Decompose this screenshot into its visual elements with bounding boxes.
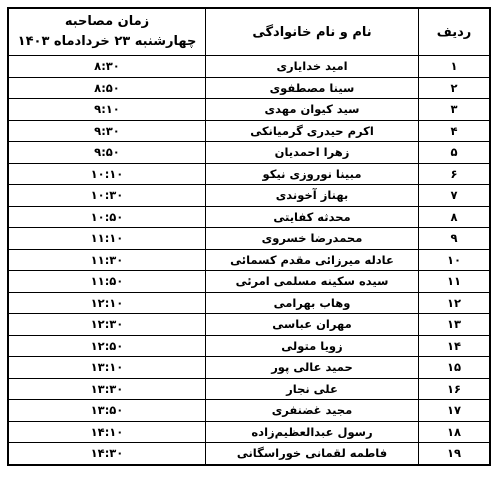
table-row: ۸محدثه کفایتی۱۰:۵۰ — [8, 206, 490, 228]
row-number-cell: ۲ — [419, 77, 491, 99]
name-cell: محدثه کفایتی — [206, 206, 419, 228]
name-cell: وهاب بهرامی — [206, 292, 419, 314]
row-number-cell: ۱۹ — [419, 443, 491, 465]
interview-schedule-table: ردیف نام و نام خانوادگی زمان مصاحبه چهار… — [7, 7, 491, 466]
row-number-cell: ۴ — [419, 120, 491, 142]
header-time-title: زمان مصاحبه — [11, 12, 203, 32]
table-header: ردیف نام و نام خانوادگی زمان مصاحبه چهار… — [8, 8, 490, 56]
table-row: ۳سید کیوان مهدی۹:۱۰ — [8, 99, 490, 121]
document-page: ردیف نام و نام خانوادگی زمان مصاحبه چهار… — [0, 0, 491, 491]
name-cell: عادله میرزائی مقدم کسمائی — [206, 249, 419, 271]
time-cell: ۹:۱۰ — [8, 99, 206, 121]
table-row: ۱۵حمید عالی پور۱۳:۱۰ — [8, 357, 490, 379]
row-number-cell: ۹ — [419, 228, 491, 250]
table-row: ۱امید خدایاری۸:۳۰ — [8, 56, 490, 78]
name-cell: اکرم حیدری گرمیانکی — [206, 120, 419, 142]
table-row: ۱۱سیده سکینه مسلمی امرئی۱۱:۵۰ — [8, 271, 490, 293]
header-row: ردیف نام و نام خانوادگی زمان مصاحبه چهار… — [8, 8, 490, 56]
row-number-cell: ۱ — [419, 56, 491, 78]
row-number-cell: ۱۸ — [419, 421, 491, 443]
table-body: ۱امید خدایاری۸:۳۰۲سینا مصطفوی۸:۵۰۳سید کی… — [8, 56, 490, 465]
time-cell: ۸:۳۰ — [8, 56, 206, 78]
table-row: ۷بهناز آخوندی۱۰:۳۰ — [8, 185, 490, 207]
table-row: ۵زهرا احمدیان۹:۵۰ — [8, 142, 490, 164]
table-row: ۲سینا مصطفوی۸:۵۰ — [8, 77, 490, 99]
time-cell: ۱۰:۳۰ — [8, 185, 206, 207]
row-number-cell: ۱۵ — [419, 357, 491, 379]
name-cell: مهران عباسی — [206, 314, 419, 336]
table-row: ۱۴زویا متولی۱۲:۵۰ — [8, 335, 490, 357]
time-cell: ۱۱:۳۰ — [8, 249, 206, 271]
time-cell: ۱۲:۱۰ — [8, 292, 206, 314]
table-row: ۱۹فاطمه لقمانی خوراسگانی۱۴:۳۰ — [8, 443, 490, 465]
name-cell: امید خدایاری — [206, 56, 419, 78]
name-cell: مبینا نوروزی نیکو — [206, 163, 419, 185]
row-number-cell: ۱۲ — [419, 292, 491, 314]
name-cell: حمید عالی پور — [206, 357, 419, 379]
table-row: ۱۷مجید غضنفری۱۳:۵۰ — [8, 400, 490, 422]
time-cell: ۹:۳۰ — [8, 120, 206, 142]
row-number-cell: ۱۱ — [419, 271, 491, 293]
name-cell: سیده سکینه مسلمی امرئی — [206, 271, 419, 293]
time-cell: ۱۳:۳۰ — [8, 378, 206, 400]
row-number-cell: ۸ — [419, 206, 491, 228]
name-cell: زهرا احمدیان — [206, 142, 419, 164]
time-cell: ۱۲:۳۰ — [8, 314, 206, 336]
row-number-cell: ۷ — [419, 185, 491, 207]
table-row: ۹محمدرضا خسروی۱۱:۱۰ — [8, 228, 490, 250]
table-row: ۴اکرم حیدری گرمیانکی۹:۳۰ — [8, 120, 490, 142]
name-cell: محمدرضا خسروی — [206, 228, 419, 250]
time-cell: ۱۰:۵۰ — [8, 206, 206, 228]
header-row-number: ردیف — [419, 8, 491, 56]
row-number-cell: ۱۰ — [419, 249, 491, 271]
table-row: ۱۶علی نجار۱۳:۳۰ — [8, 378, 490, 400]
header-full-name: نام و نام خانوادگی — [206, 8, 419, 56]
time-cell: ۱۱:۵۰ — [8, 271, 206, 293]
time-cell: ۱۲:۵۰ — [8, 335, 206, 357]
row-number-cell: ۶ — [419, 163, 491, 185]
table-row: ۶مبینا نوروزی نیکو۱۰:۱۰ — [8, 163, 490, 185]
time-cell: ۱۰:۱۰ — [8, 163, 206, 185]
name-cell: رسول عبدالعظیم‌زاده — [206, 421, 419, 443]
name-cell: فاطمه لقمانی خوراسگانی — [206, 443, 419, 465]
table-row: ۱۸رسول عبدالعظیم‌زاده۱۴:۱۰ — [8, 421, 490, 443]
name-cell: علی نجار — [206, 378, 419, 400]
header-interview-time: زمان مصاحبه چهارشنبه ۲۳ خردادماه ۱۴۰۳ — [8, 8, 206, 56]
row-number-cell: ۱۷ — [419, 400, 491, 422]
name-cell: زویا متولی — [206, 335, 419, 357]
time-cell: ۱۳:۱۰ — [8, 357, 206, 379]
row-number-cell: ۱۳ — [419, 314, 491, 336]
table-row: ۱۳مهران عباسی۱۲:۳۰ — [8, 314, 490, 336]
row-number-cell: ۳ — [419, 99, 491, 121]
header-time-date: چهارشنبه ۲۳ خردادماه ۱۴۰۳ — [11, 32, 203, 52]
time-cell: ۱۱:۱۰ — [8, 228, 206, 250]
row-number-cell: ۱۶ — [419, 378, 491, 400]
name-cell: بهناز آخوندی — [206, 185, 419, 207]
name-cell: سینا مصطفوی — [206, 77, 419, 99]
time-cell: ۹:۵۰ — [8, 142, 206, 164]
time-cell: ۱۳:۵۰ — [8, 400, 206, 422]
time-cell: ۱۴:۱۰ — [8, 421, 206, 443]
row-number-cell: ۱۴ — [419, 335, 491, 357]
time-cell: ۱۴:۳۰ — [8, 443, 206, 465]
name-cell: سید کیوان مهدی — [206, 99, 419, 121]
row-number-cell: ۵ — [419, 142, 491, 164]
table-row: ۱۲وهاب بهرامی۱۲:۱۰ — [8, 292, 490, 314]
table-row: ۱۰عادله میرزائی مقدم کسمائی۱۱:۳۰ — [8, 249, 490, 271]
time-cell: ۸:۵۰ — [8, 77, 206, 99]
name-cell: مجید غضنفری — [206, 400, 419, 422]
